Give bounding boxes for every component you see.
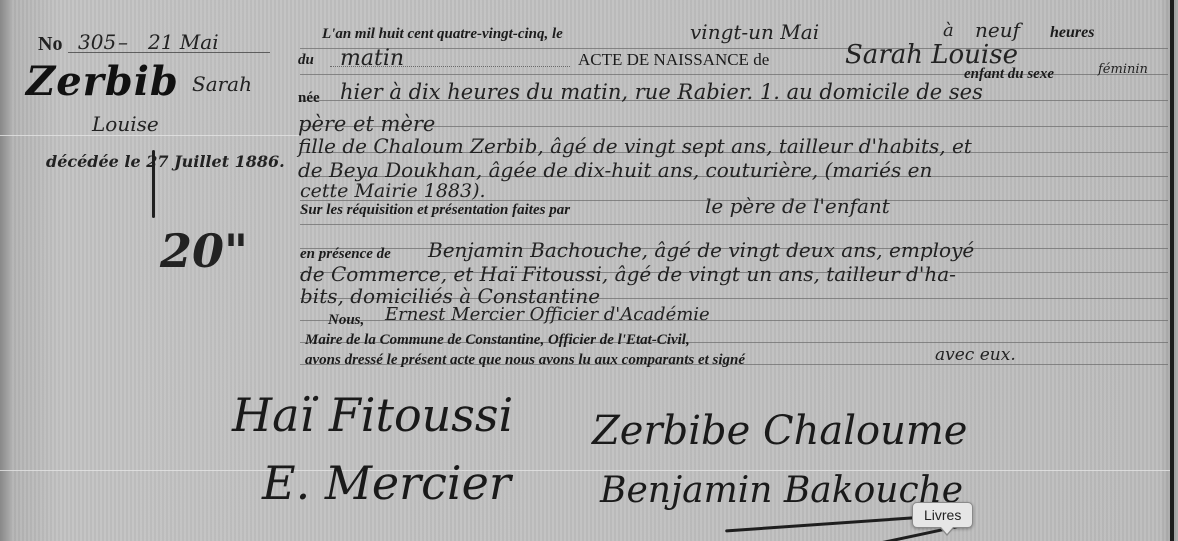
handwritten-witness-2: de Commerce, et Haï Fitoussi, âgé de vin… xyxy=(300,262,956,286)
handwritten-father: fille de Chaloum Zerbib, âgé de vingt se… xyxy=(298,134,972,158)
printed-maire: Maire de la Commune de Constantine, Offi… xyxy=(305,332,690,349)
printed-nee: née xyxy=(298,90,320,107)
acte-title: ACTE DE NAISSANCE de xyxy=(578,50,769,70)
signature-zerbibe: Zerbibe Chaloume xyxy=(592,408,967,454)
scanned-register-page: No 305 – 21 Mai Zerbib Sarah Louise décé… xyxy=(0,0,1178,541)
margin-surname: Zerbib xyxy=(26,58,179,105)
handwritten-period: matin xyxy=(340,46,404,71)
ruled-line xyxy=(300,224,1168,225)
signature-mercier: E. Mercier xyxy=(262,456,511,510)
handwritten-birth-details: hier à dix heures du matin, rue Rabier. … xyxy=(340,80,983,104)
signature-underline-stroke xyxy=(725,515,940,533)
handwritten-declarant: le père de l'enfant xyxy=(705,194,890,218)
handwritten-at: à xyxy=(943,20,954,41)
handwritten-officer: Ernest Mercier Officier d'Académie xyxy=(385,304,710,325)
entry-number-label: No xyxy=(38,33,62,56)
page-crease xyxy=(0,470,1170,471)
printed-en-presence-de: en présence de xyxy=(300,246,391,263)
printed-heures: heures xyxy=(1050,24,1094,42)
margin-fee-mark: 20" xyxy=(160,224,248,278)
margin-given-name-1: Sarah xyxy=(192,72,252,96)
signature-benjamin-bakouche: Benjamin Bakouche xyxy=(600,470,963,511)
signature-hai-fitoussi: Haï Fitoussi xyxy=(232,388,513,442)
handwritten-day: vingt-un Mai xyxy=(690,20,819,44)
page-binding-shadow xyxy=(0,0,12,541)
printed-nous: Nous, xyxy=(328,312,364,329)
handwritten-sex: féminin xyxy=(1098,62,1148,77)
page-right-border xyxy=(1170,0,1174,541)
handwritten-mother: de Beya Doukhan, âgée de dix-huit ans, c… xyxy=(298,158,932,182)
handwritten-parents-home: père et mère xyxy=(298,112,435,136)
entry-date: 21 Mai xyxy=(148,30,219,54)
ruled-line xyxy=(300,48,1168,49)
margin-underline xyxy=(68,52,270,53)
handwritten-marriage: cette Mairie 1883). xyxy=(300,180,486,202)
handwritten-avec-eux: avec eux. xyxy=(935,345,1016,365)
handwritten-witness-1: Benjamin Bachouche, âgé de vingt deux an… xyxy=(428,238,974,262)
entry-number: 305 xyxy=(78,30,116,54)
handwritten-hour: neuf xyxy=(975,18,1020,42)
printed-du: du xyxy=(298,52,314,69)
margin-given-name-2: Louise xyxy=(92,112,159,136)
tooltip-livres: Livres xyxy=(912,502,973,528)
printed-text-line-1: L'an mil huit cent quatre-vingt-cinq, le xyxy=(322,26,563,43)
printed-requisition: Sur les réquisition et présentation fait… xyxy=(300,202,570,219)
printed-avons-dresse: avons dressé le présent acte que nous av… xyxy=(305,352,745,369)
dotted-fill-line xyxy=(330,66,570,67)
margin-death-note: décédée le 27 Juillet 1886. xyxy=(46,152,285,171)
pen-flourish xyxy=(152,150,155,218)
